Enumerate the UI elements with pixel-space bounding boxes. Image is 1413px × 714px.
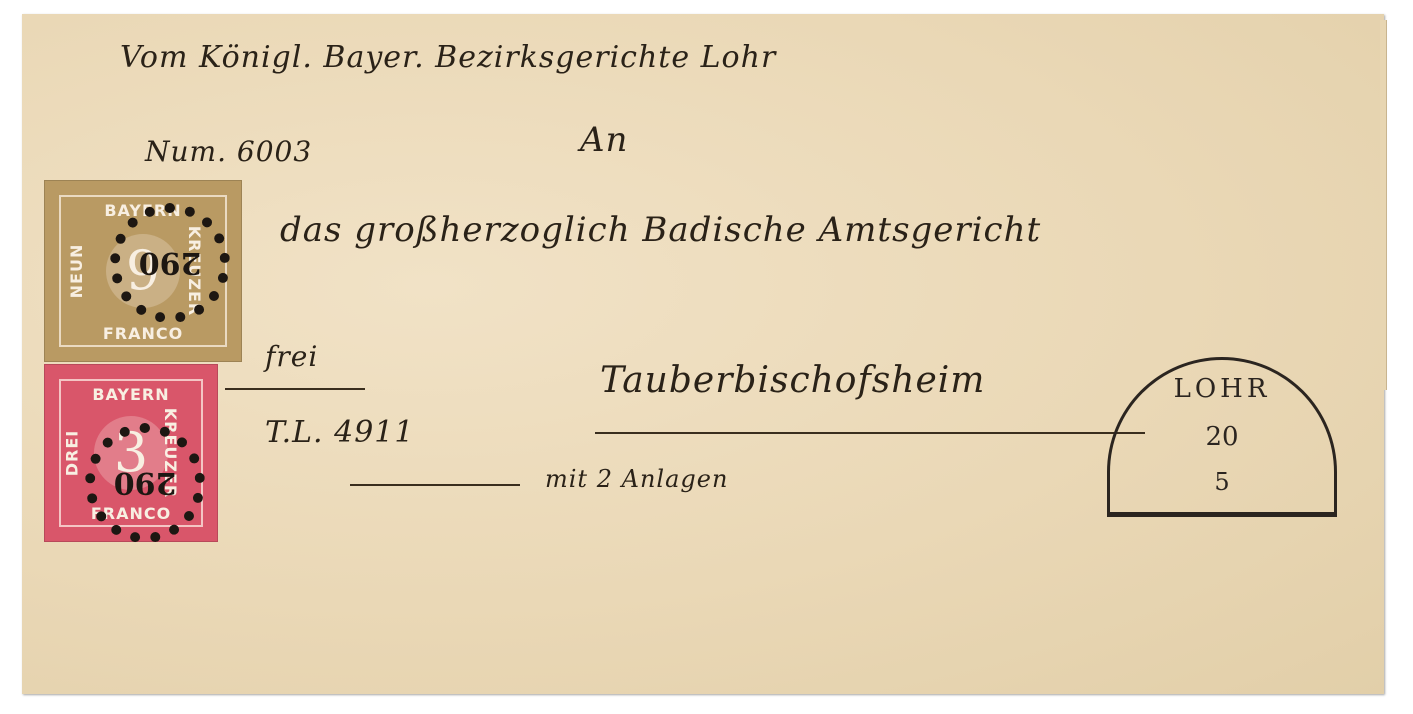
- destination-underline: [595, 432, 1145, 434]
- sender-line: Vom Königl. Bayer. Bezirksgerichte Lohr: [120, 40, 776, 75]
- to-word: An: [580, 120, 628, 160]
- stamp-9-kreuzer: BAYERN FRANCO NEUN KREUZER 9 290: [44, 180, 242, 362]
- postmark-half-circle: LOHR 20 5: [1107, 357, 1337, 517]
- stamp-3-kreuzer: BAYERN FRANCO DREI KREUZER 3 290: [44, 364, 218, 542]
- register-note: T.L. 4911: [265, 415, 414, 450]
- destination: Tauberbischofsheim: [600, 360, 985, 401]
- numeral-cancel: 290: [85, 423, 205, 543]
- number-line: Num. 6003: [145, 135, 312, 168]
- extra-note: mit 2 Anlagen: [545, 465, 728, 493]
- envelope-flap-edge: [1380, 20, 1387, 390]
- numeral-cancel: 290: [110, 203, 230, 323]
- frei-note: frei: [265, 340, 318, 373]
- register-underline: [350, 484, 520, 486]
- addressee-line: das großherzoglich Badische Amtsgericht: [280, 210, 1041, 250]
- frei-underline: [225, 388, 365, 390]
